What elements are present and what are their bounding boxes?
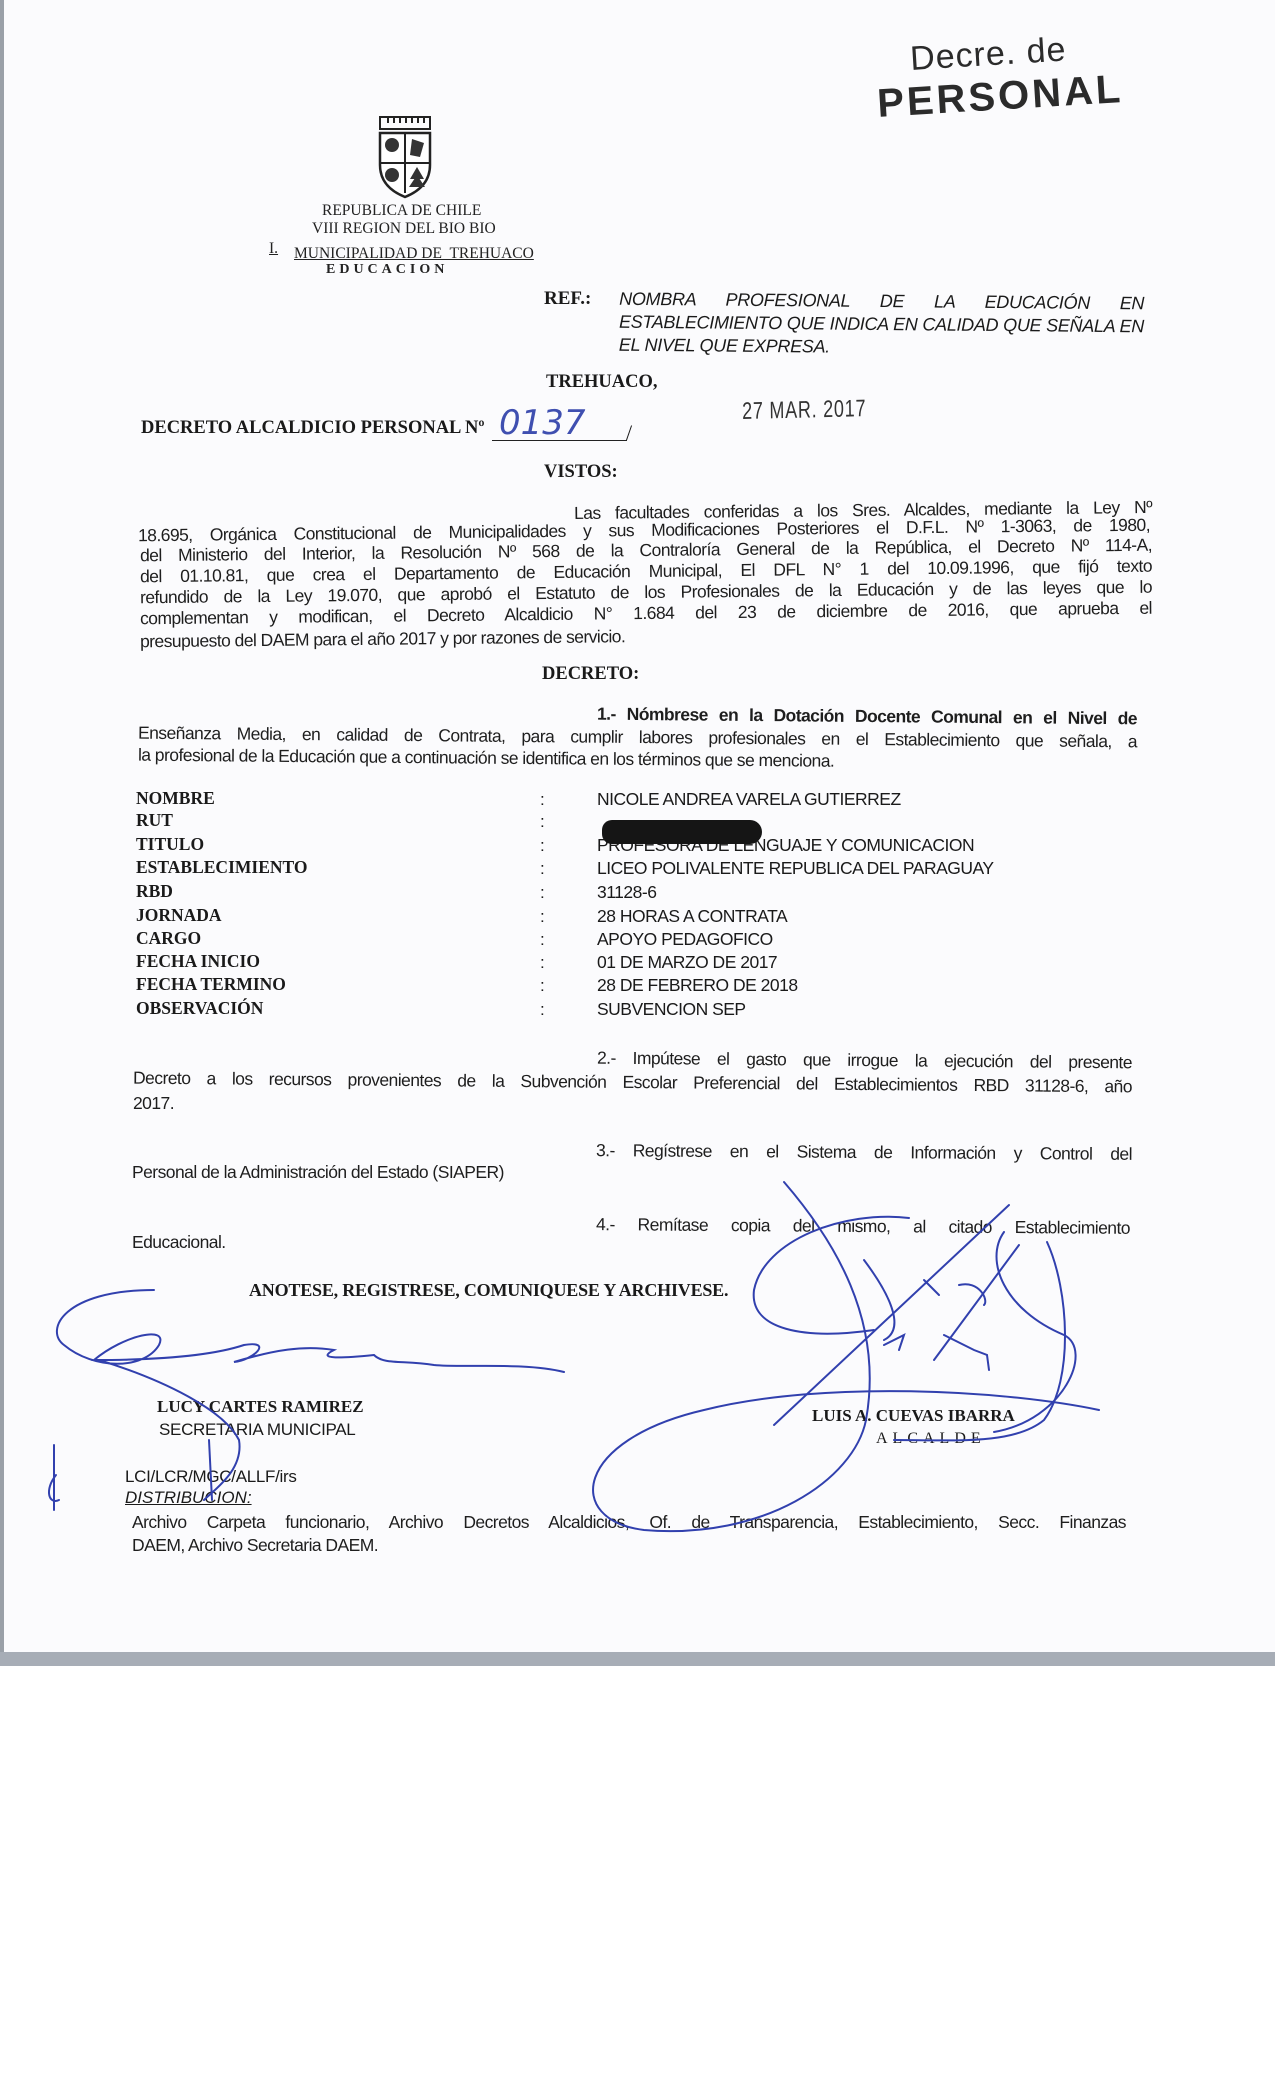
detail-label: RBD [136, 881, 173, 902]
closing-formula: ANOTESE, REGISTRESE, COMUNIQUESE Y ARCHI… [249, 1280, 728, 1301]
item3-line: Personal de la Administración del Estado… [132, 1162, 732, 1183]
decree-number-suffix: / [626, 420, 632, 446]
item4-line: Educacional. [132, 1232, 432, 1253]
distribution-title: DISTRIBUCION: [125, 1488, 252, 1508]
item4-line: 4.- Remítase copia del mismo, al citado … [596, 1214, 1130, 1239]
detail-label: JORNADA [136, 905, 222, 926]
item1-line: 1.- Nómbrese en la Dotación Docente Comu… [597, 704, 1137, 730]
municipal-coat-of-arms-icon [374, 115, 436, 200]
letterhead-prefix: I. [269, 240, 278, 258]
detail-value: SUBVENCION SEP [597, 999, 746, 1020]
distribution-line: Archivo Carpeta funcionario, Archivo Dec… [132, 1512, 1126, 1533]
item2-line: 2.- Impútese el gasto que irrogue la eje… [597, 1048, 1132, 1074]
item2-line: 2017. [133, 1093, 1132, 1114]
secretary-name: LUCY CARTES RAMIREZ [157, 1397, 364, 1417]
detail-separator: : [540, 812, 545, 832]
detail-separator: : [540, 1000, 545, 1020]
detail-separator: : [540, 836, 545, 856]
detail-label: NOMBRE [136, 788, 215, 809]
detail-label: CARGO [136, 928, 201, 949]
detail-separator: : [540, 907, 545, 927]
distribution-line: DAEM, Archivo Secretaria DAEM. [132, 1535, 732, 1556]
letterhead-department: EDUCACION [326, 262, 448, 278]
detail-label: TITULO [136, 834, 204, 855]
detail-separator: : [540, 930, 545, 950]
detail-value: 28 HORAS A CONTRATA [597, 906, 787, 927]
date-stamp: 27 MAR. 2017 [742, 395, 866, 426]
reference-text: NOMBRA PROFESIONAL DE LA EDUCACIÓN EN ES… [619, 288, 1145, 362]
place-label: TREHUACO, [546, 372, 658, 393]
detail-value: 28 DE FEBRERO DE 2018 [597, 975, 798, 996]
mayor-name: LUIS A. CUEVAS IBARRA [812, 1406, 1015, 1426]
detail-value: 01 DE MARZO DE 2017 [597, 952, 777, 973]
scanned-document-page: Decre. de PERSONAL REPUBLICA DE CHILE VI… [0, 0, 1275, 1652]
detail-label: ESTABLECIMIENTO [136, 857, 308, 878]
detail-label: FECHA TERMINO [136, 974, 286, 995]
secretary-signature-icon [57, 1290, 564, 1372]
detail-separator: : [540, 953, 545, 973]
detail-value: 31128-6 [597, 882, 656, 903]
detail-separator: : [540, 859, 545, 879]
scan-edge [0, 1652, 1275, 1666]
detail-label: RUT [136, 810, 173, 831]
typist-initials: LCI/LCR/MGC/ALLF/irs [125, 1467, 297, 1487]
detail-separator: : [540, 976, 545, 996]
rut-redaction [602, 820, 762, 844]
vistos-heading: VISTOS: [544, 462, 618, 483]
mayor-role: ALCALDE [876, 1430, 986, 1448]
decree-number-handwritten: 0137 [499, 403, 586, 443]
detail-label: FECHA INICIO [136, 951, 260, 972]
secretary-role: SECRETARIA MUNICIPAL [159, 1420, 355, 1440]
decree-title: DECRETO ALCALDICIO PERSONAL Nº [141, 418, 484, 439]
letterhead-region: VIII REGION DEL BIO BIO [312, 220, 496, 238]
detail-label: OBSERVACIÓN [136, 998, 263, 1019]
letterhead-municipality: MUNICIPALIDAD DE TREHUACO [294, 245, 534, 263]
detail-separator: : [540, 883, 545, 903]
letterhead-country: REPUBLICA DE CHILE [322, 202, 481, 220]
detail-value: NICOLE ANDREA VARELA GUTIERREZ [597, 789, 901, 810]
detail-value: LICEO POLIVALENTE REPUBLICA DEL PARAGUAY [597, 858, 994, 879]
decreto-heading: DECRETO: [542, 664, 639, 685]
detail-separator: : [540, 790, 545, 810]
reference-label: REF.: [544, 288, 591, 310]
detail-value: APOYO PEDAGOFICO [597, 929, 773, 950]
